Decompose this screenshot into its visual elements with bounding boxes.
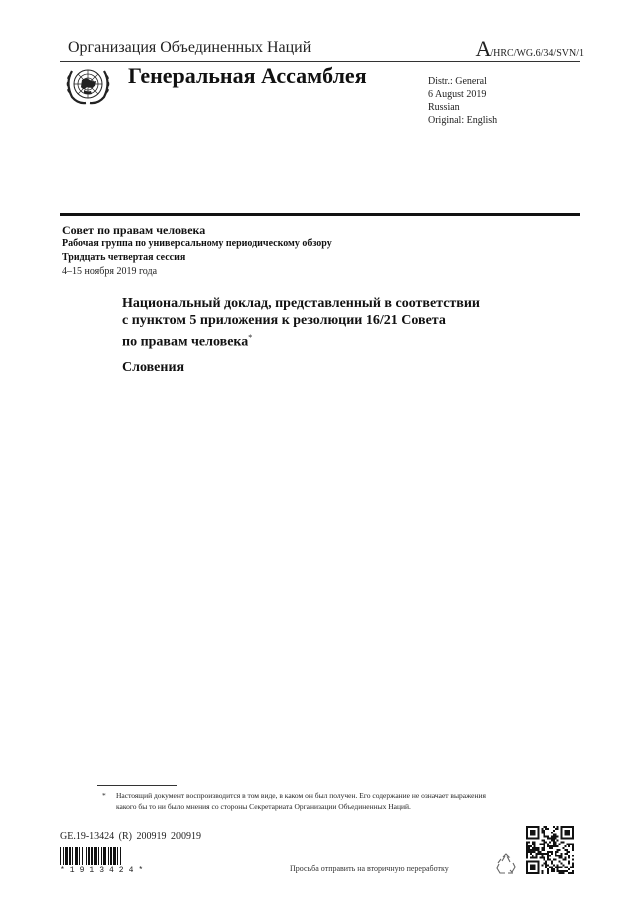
un-emblem-icon [62, 63, 114, 107]
distr-original: Original: English [428, 114, 497, 127]
barcode-icon [60, 847, 156, 865]
council-name: Совет по правам человека [62, 223, 332, 237]
title-line-1: Национальный доклад, представленный в со… [122, 295, 522, 312]
document-number: GE.19-13424 (R) 200919 200919 [60, 831, 201, 842]
title-line-2: с пунктом 5 приложения к резолюции 16/21… [122, 312, 522, 329]
session: Тридцать четвертая сессия [62, 251, 332, 265]
header-rule [60, 61, 580, 62]
qr-code-icon [526, 825, 574, 875]
session-dates: 4–15 ноября 2019 года [62, 265, 332, 279]
distr-language: Russian [428, 101, 497, 114]
working-group: Рабочая группа по универсальному периоди… [62, 237, 332, 251]
footnote-marker[interactable]: * [248, 333, 252, 342]
symbol-prefix: A [475, 36, 490, 61]
footnote-mark: * [102, 790, 106, 801]
council-block: Совет по правам человека Рабочая группа … [62, 223, 332, 279]
recycle-icon [494, 852, 518, 876]
section-rule [60, 213, 580, 216]
distr-line: Distr.: General [428, 75, 497, 88]
recycle-text: Просьба отправить на вторичную переработ… [290, 864, 449, 873]
footnote-text: Настоящий документ воспроизводится в том… [108, 790, 508, 812]
country-name: Словения [122, 360, 184, 376]
distr-date: 6 August 2019 [428, 88, 497, 101]
document-symbol: A/HRC/WG.6/34/SVN/1 [475, 36, 584, 62]
organization-name: Организация Объединенных Наций [68, 39, 311, 57]
distribution-info: Distr.: General 6 August 2019 Russian Or… [428, 75, 497, 127]
assembly-title: Генеральная Ассамблея [128, 63, 367, 89]
document-title: Национальный доклад, представленный в со… [122, 295, 522, 351]
footnote: * Настоящий документ воспроизводится в т… [108, 790, 508, 812]
title-line-3: по правам человека [122, 335, 248, 350]
footnote-rule [97, 785, 177, 786]
barcode-text: *1913424* [60, 866, 148, 875]
symbol-rest: /HRC/WG.6/34/SVN/1 [490, 48, 584, 59]
